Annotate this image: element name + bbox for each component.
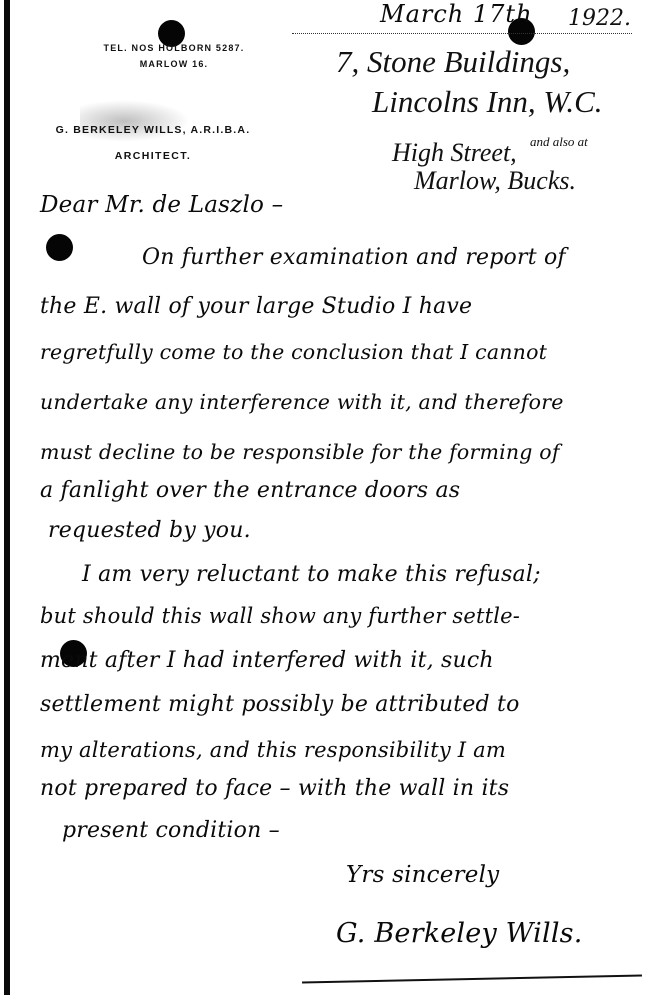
letterhead-title: ARCHITECT. bbox=[48, 150, 258, 162]
punch-hole-left bbox=[46, 234, 73, 261]
body-line-2: the E. wall of your large Studio I have bbox=[40, 294, 472, 319]
body-line-12: my alterations, and this responsibility … bbox=[40, 738, 506, 762]
body-line-5: must decline to be responsible for the f… bbox=[40, 440, 560, 464]
body-line-9: but should this wall show any further se… bbox=[40, 604, 520, 628]
address-line-3: High Street, bbox=[392, 138, 517, 168]
address-line-1: 7, Stone Buildings, bbox=[336, 44, 570, 80]
body-line-11: settlement might possibly be attributed … bbox=[40, 692, 520, 717]
body-line-6: a fanlight over the entrance doors as bbox=[40, 478, 460, 503]
letterhead-name: G. BERKELEY WILLS, A.R.I.B.A. bbox=[48, 124, 258, 136]
body-line-1: On further examination and report of bbox=[142, 245, 566, 270]
closing: Yrs sincerely bbox=[346, 862, 499, 888]
letter-date: March 17th bbox=[380, 0, 533, 28]
date-dotted-line bbox=[292, 33, 632, 34]
letter-year: 1922. bbox=[568, 6, 631, 31]
telephone-holborn: TEL. NOS HOLBORN 5287. bbox=[84, 40, 264, 56]
body-line-13: not prepared to face – with the wall in … bbox=[40, 776, 509, 801]
address-line-4: Marlow, Bucks. bbox=[414, 166, 576, 196]
letterhead-telephone: TEL. NOS HOLBORN 5287. MARLOW 16. bbox=[84, 40, 264, 72]
body-line-14: present condition – bbox=[62, 818, 280, 843]
address-also-at: and also at bbox=[530, 134, 588, 150]
body-line-7: requested by you. bbox=[48, 518, 251, 543]
salutation: Dear Mr. de Laszlo – bbox=[40, 192, 283, 218]
body-line-3: regretfully come to the conclusion that … bbox=[40, 340, 547, 364]
address-line-2: Lincolns Inn, W.C. bbox=[372, 84, 603, 120]
scan-left-edge bbox=[4, 0, 10, 995]
signature: G. Berkeley Wills. bbox=[336, 918, 583, 949]
signature-underline bbox=[302, 974, 642, 983]
body-line-10: ment after I had interfered with it, suc… bbox=[40, 648, 494, 673]
body-line-8: I am very reluctant to make this refusal… bbox=[82, 562, 541, 587]
body-line-4: undertake any interference with it, and … bbox=[40, 390, 564, 414]
telephone-marlow: MARLOW 16. bbox=[84, 56, 264, 72]
